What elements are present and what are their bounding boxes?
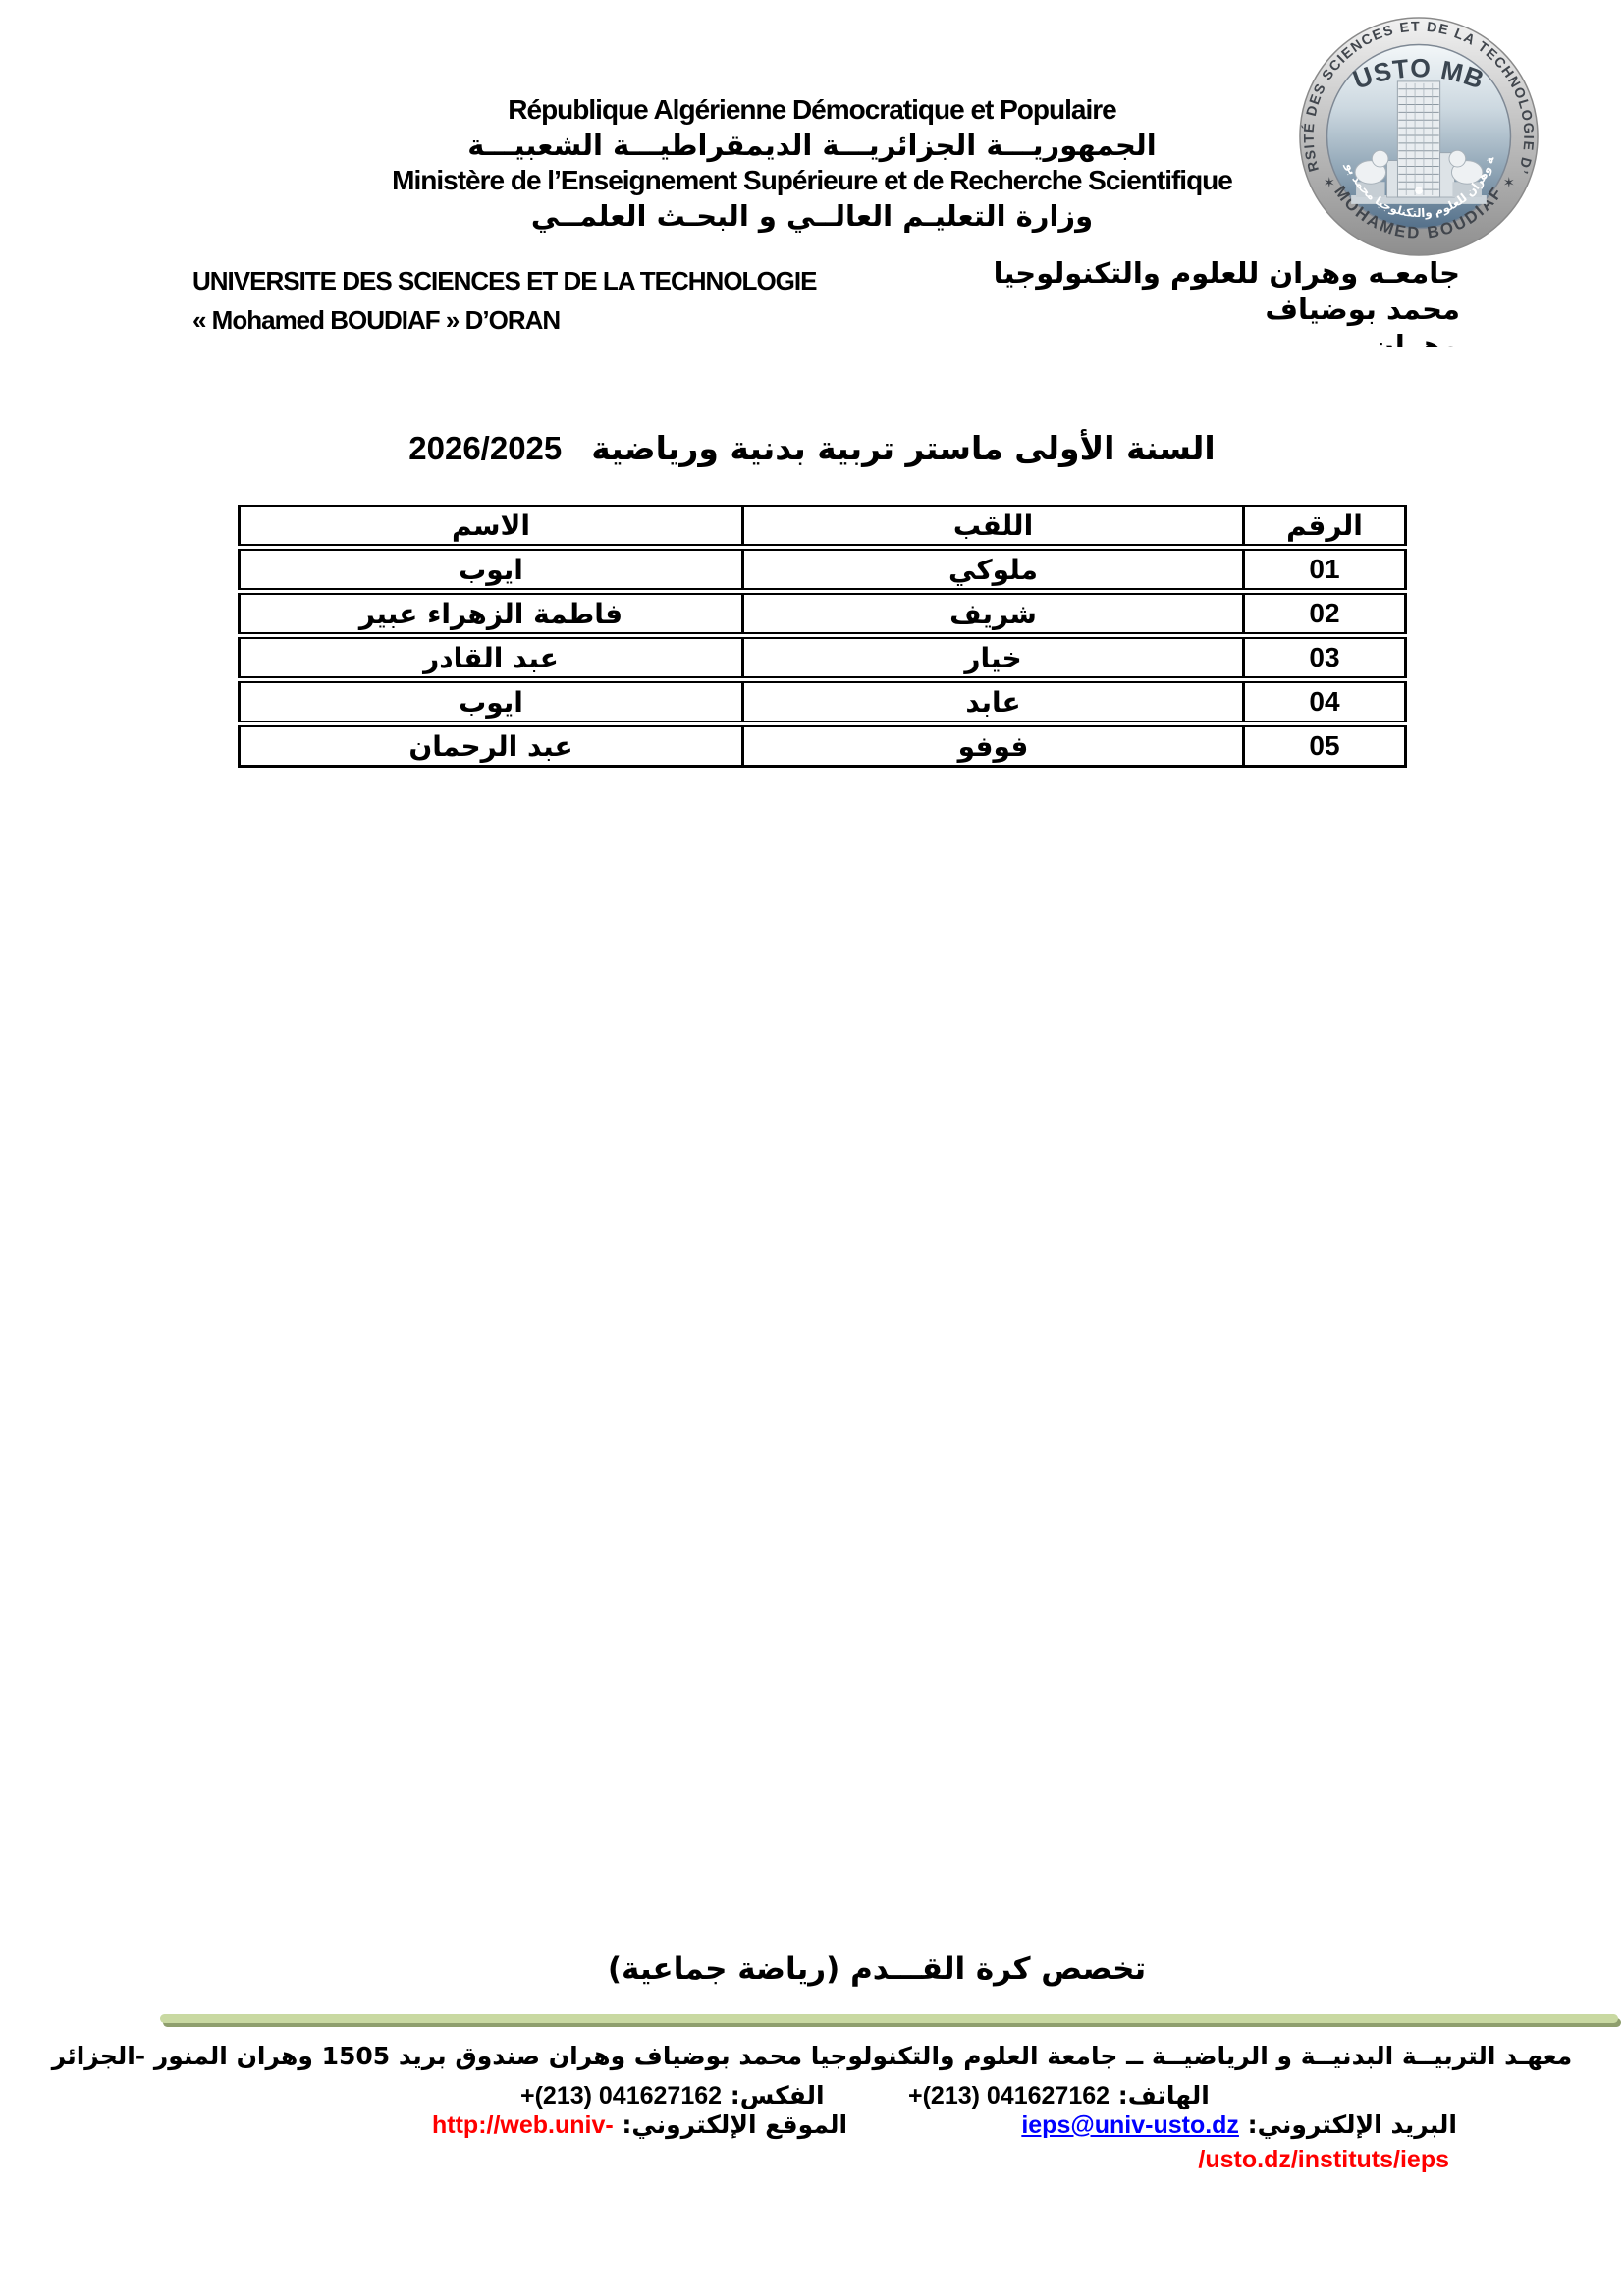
- cell-firstname: فاطمة الزهراء عبير: [240, 592, 743, 636]
- cell-firstname: عبد القادر: [240, 636, 743, 680]
- cell-number: 03: [1244, 636, 1406, 680]
- university-name-fr-line1: UNIVERSITE DES SCIENCES ET DE LA TECHNOL…: [192, 261, 816, 300]
- email-label: البريد الإلكتروني:: [1248, 2110, 1457, 2139]
- cell-surname: خيار: [743, 636, 1244, 680]
- table-row: 02 شريف فاطمة الزهراء عبير: [240, 592, 1406, 636]
- cell-surname: عابد: [743, 680, 1244, 724]
- page-title: السنة الأولى ماستر تربية بدنية ورياضية20…: [0, 429, 1624, 467]
- footer-address: معهـد التربيــة البدنيــة و الرياضيــة ـ…: [0, 2042, 1624, 2070]
- usto-university-seal-logo: UNIVERSITÉ DES SCIENCES ET DE LA TECHNOL…: [1298, 16, 1540, 257]
- phone-number: +(213) 041627162: [908, 2082, 1110, 2109]
- cell-number: 04: [1244, 680, 1406, 724]
- table-header-row: الرقم اللقب الاسم: [240, 507, 1406, 548]
- cell-firstname: عبد الرحمان: [240, 724, 743, 767]
- footer-email: البريد الإلكتروني: ieps@univ-usto.dz: [1021, 2110, 1457, 2140]
- website-link-part2[interactable]: /usto.dz/instituts/ieps: [1198, 2146, 1449, 2174]
- website-link-part1[interactable]: http://web.univ-: [432, 2111, 614, 2139]
- document-page: République Algérienne Démocratique et Po…: [0, 0, 1624, 2296]
- footer-divider-bar: [160, 2014, 1618, 2023]
- col-header-firstname: الاسم: [240, 507, 743, 548]
- cell-firstname: ايوب: [240, 680, 743, 724]
- fax-label: الفكس:: [731, 2081, 825, 2109]
- table-row: 05 فوفو عبد الرحمان: [240, 724, 1406, 767]
- page-title-year: 2026/2025: [408, 430, 562, 466]
- website-label: الموقع الإلكتروني:: [622, 2110, 847, 2139]
- students-roster-table: الرقم اللقب الاسم 01 ملوكي ايوب 02 شريف …: [238, 505, 1407, 768]
- specialty-label: تخصص كرة القـــدم (رياضة جماعية): [65, 1951, 1624, 1987]
- cell-surname: فوفو: [743, 724, 1244, 767]
- fax-number: +(213) 041627162: [520, 2082, 722, 2109]
- cell-surname: شريف: [743, 592, 1244, 636]
- table-row: 04 عابد ايوب: [240, 680, 1406, 724]
- seal-star-left: ✶: [1324, 176, 1335, 191]
- university-name-arabic: جامعـه وهران للعلوم والتكنولوجيا محمد بو…: [910, 255, 1460, 347]
- footer-website: الموقع الإلكتروني: http://web.univ-: [432, 2110, 847, 2140]
- cell-number: 05: [1244, 724, 1406, 767]
- footer-fax: الفكس: +(213) 041627162: [520, 2081, 825, 2110]
- page-title-arabic: السنة الأولى ماستر تربية بدنية ورياضية: [591, 429, 1215, 467]
- cell-number: 01: [1244, 548, 1406, 592]
- col-header-number: الرقم: [1244, 507, 1406, 548]
- university-name-french: UNIVERSITE DES SCIENCES ET DE LA TECHNOL…: [192, 261, 816, 340]
- seal-logo-icon: UNIVERSITÉ DES SCIENCES ET DE LA TECHNOL…: [1298, 16, 1540, 257]
- university-name-ar-line1: جامعـه وهران للعلوم والتكنولوجيا محمد بو…: [910, 255, 1460, 328]
- table-row: 03 خيار عبد القادر: [240, 636, 1406, 680]
- cell-surname: ملوكي: [743, 548, 1244, 592]
- university-name-fr-line2: « Mohamed BOUDIAF » D’ORAN: [192, 300, 816, 340]
- footer-phone: الهاتف: +(213) 041627162: [908, 2081, 1210, 2110]
- seal-star-right: ✶: [1503, 176, 1515, 191]
- table-row: 01 ملوكي ايوب: [240, 548, 1406, 592]
- col-header-surname: اللقب: [743, 507, 1244, 548]
- cell-number: 02: [1244, 592, 1406, 636]
- email-link[interactable]: ieps@univ-usto.dz: [1021, 2111, 1239, 2139]
- cell-firstname: ايوب: [240, 548, 743, 592]
- phone-label: الهاتف:: [1118, 2081, 1210, 2109]
- university-name-ar-line2: وهران: [910, 328, 1460, 347]
